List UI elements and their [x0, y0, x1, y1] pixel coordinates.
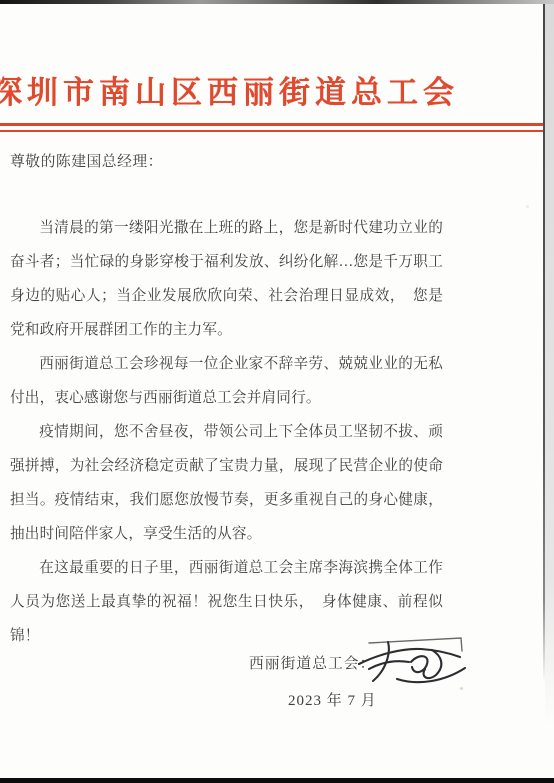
- scan-speck: [526, 205, 529, 208]
- scanned-letter-page: 深圳市南山区西丽街道总工会 尊敬的陈建国总经理： 当清晨的第一缕阳光撒在上班的路…: [0, 0, 554, 783]
- salutation: 尊敬的陈建国总经理：: [10, 151, 163, 173]
- letter-paragraph: 疫情期间，您不舍昼夜，带领公司上下全体员工坚韧不拔、顽强拼搏，为社会经济稳定贡献…: [10, 415, 443, 551]
- letter-paragraph: 西丽街道总工会珍视每一位企业家不辞辛劳、兢兢业业的无私付出，衷心感谢您与西丽街道…: [10, 347, 443, 415]
- letterhead-title: 深圳市南山区西丽街道总工会: [0, 74, 459, 112]
- handwritten-signature-icon: [357, 633, 475, 689]
- letter-body: 当清晨的第一缕阳光撒在上班的路上，您是新时代建功立业的奋斗者；当忙碌的身影穿梭于…: [10, 211, 443, 653]
- letter-paragraph: 当清晨的第一缕阳光撒在上班的路上，您是新时代建功立业的奋斗者；当忙碌的身影穿梭于…: [10, 211, 443, 347]
- letter-date: 2023 年 7 月: [288, 690, 377, 712]
- scan-paper-edge-line: [543, 3, 545, 683]
- letterhead-double-rule: [0, 123, 546, 132]
- scan-top-edge: [0, 0, 554, 4]
- scan-right-margin: [545, 0, 554, 740]
- scan-bottom-edge: [0, 778, 554, 783]
